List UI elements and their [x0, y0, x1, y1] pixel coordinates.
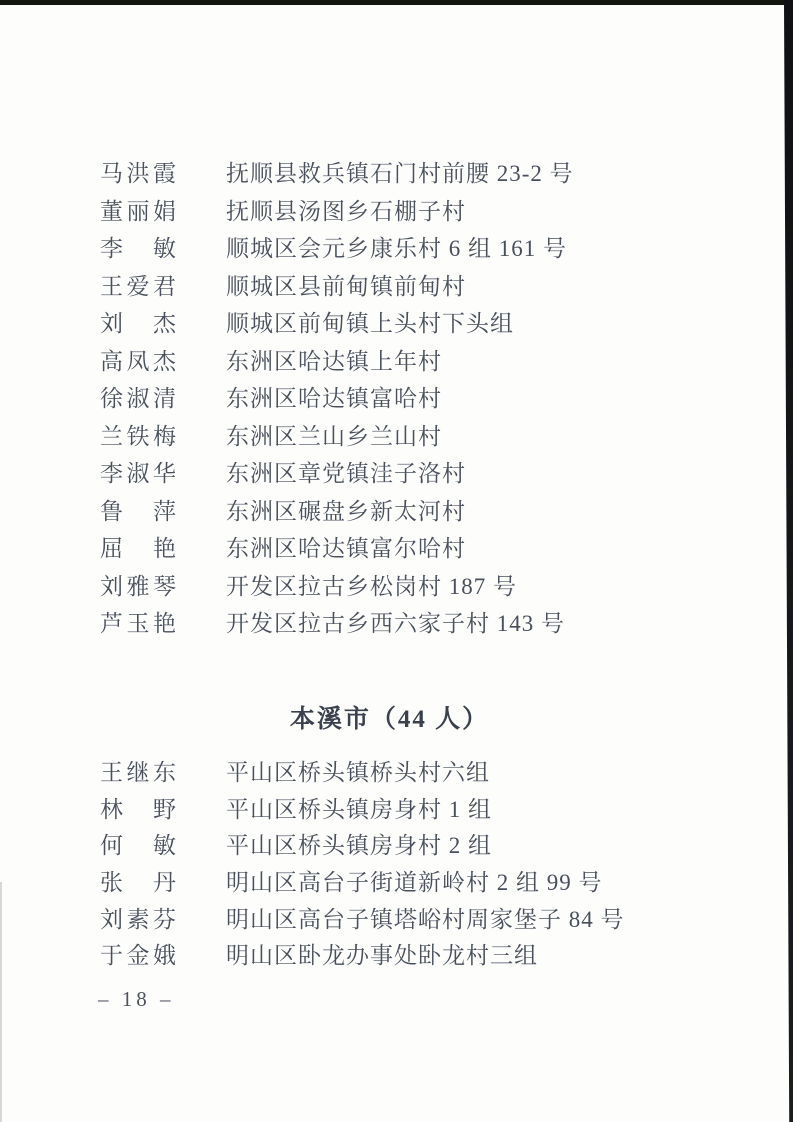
roster-row: 何 敏 平山区桥头镇房身村 2 组	[100, 825, 625, 862]
person-name: 何 敏	[100, 827, 176, 860]
roster-row: 刘雅琴 开发区拉古乡松岗村 187 号	[100, 566, 574, 604]
person-name: 芦玉艳	[100, 605, 176, 638]
person-address: 开发区拉古乡西六家子村 143 号	[226, 605, 565, 638]
person-name: 于金娥	[100, 937, 176, 970]
person-name: 徐淑清	[100, 380, 176, 413]
roster-row: 李淑华 东洲区章党镇洼子洛村	[100, 453, 574, 491]
person-address: 平山区桥头镇房身村 2 组	[226, 827, 492, 860]
person-name: 鲁 萍	[100, 493, 176, 526]
person-name: 刘雅琴	[100, 568, 176, 601]
person-address: 明山区卧龙办事处卧龙村三组	[226, 937, 538, 970]
person-address: 东洲区碾盘乡新太河村	[226, 493, 466, 526]
person-name: 刘 杰	[100, 305, 176, 338]
roster-row: 董丽娟 抚顺县汤图乡石棚子村	[100, 191, 574, 229]
person-address: 明山区高台子镇塔峪村周家堡子 84 号	[226, 901, 625, 934]
roster-row: 王继东 平山区桥头镇桥头村六组	[100, 752, 625, 789]
scan-edge-top	[0, 0, 793, 5]
person-address: 抚顺县汤图乡石棚子村	[226, 193, 466, 226]
roster-row: 张 丹 明山区高台子街道新岭村 2 组 99 号	[100, 862, 625, 899]
person-address: 东洲区哈达镇富尔哈村	[226, 530, 466, 563]
person-name: 王继东	[100, 754, 176, 787]
scan-edge-right	[784, 0, 793, 1122]
person-name: 高凤杰	[100, 343, 176, 376]
roster-row: 马洪霞 抚顺县救兵镇石门村前腰 23-2 号	[100, 153, 574, 191]
roster-row: 林 野 平山区桥头镇房身村 1 组	[100, 789, 625, 826]
person-address: 东洲区章党镇洼子洛村	[226, 455, 466, 488]
roster-row: 徐淑清 东洲区哈达镇富哈村	[100, 378, 574, 416]
person-address: 顺城区前甸镇上头村下头组	[226, 305, 514, 338]
roster-row: 芦玉艳 开发区拉古乡西六家子村 143 号	[100, 603, 574, 641]
roster-row: 于金娥 明山区卧龙办事处卧龙村三组	[100, 935, 625, 972]
roster-row: 李 敏 顺城区会元乡康乐村 6 组 161 号	[100, 228, 574, 266]
roster-row: 刘 杰 顺城区前甸镇上头村下头组	[100, 303, 574, 341]
person-name: 屈 艳	[100, 530, 176, 563]
section-header-benxi: 本溪市（44 人）	[0, 699, 779, 735]
person-name: 刘素芬	[100, 901, 176, 934]
person-name: 张 丹	[100, 864, 176, 897]
roster-row: 刘素芬 明山区高台子镇塔峪村周家堡子 84 号	[100, 899, 625, 936]
roster-row: 鲁 萍 东洲区碾盘乡新太河村	[100, 491, 574, 529]
person-name: 兰铁梅	[100, 418, 176, 451]
person-address: 平山区桥头镇房身村 1 组	[226, 791, 492, 824]
person-name: 董丽娟	[100, 193, 176, 226]
roster-row: 高凤杰 东洲区哈达镇上年村	[100, 341, 574, 379]
person-name: 林 野	[100, 791, 176, 824]
roster-row: 屈 艳 东洲区哈达镇富尔哈村	[100, 528, 574, 566]
person-name: 王爱君	[100, 268, 176, 301]
person-address: 东洲区哈达镇上年村	[226, 343, 442, 376]
roster-group-benxi: 王继东 平山区桥头镇桥头村六组 林 野 平山区桥头镇房身村 1 组 何 敏 平山…	[100, 752, 625, 972]
person-name: 马洪霞	[100, 155, 176, 188]
person-address: 顺城区会元乡康乐村 6 组 161 号	[226, 230, 567, 263]
person-address: 平山区桥头镇桥头村六组	[226, 754, 490, 787]
person-name: 李淑华	[100, 455, 176, 488]
person-name: 李 敏	[100, 230, 176, 263]
person-address: 开发区拉古乡松岗村 187 号	[226, 568, 517, 601]
person-address: 抚顺县救兵镇石门村前腰 23-2 号	[226, 155, 574, 188]
scan-edge-left	[0, 882, 2, 1122]
roster-row: 兰铁梅 东洲区兰山乡兰山村	[100, 416, 574, 454]
person-address: 东洲区兰山乡兰山村	[226, 418, 442, 451]
person-address: 东洲区哈达镇富哈村	[226, 380, 442, 413]
page-number: – 18 –	[98, 987, 175, 1012]
person-address: 顺城区县前甸镇前甸村	[226, 268, 466, 301]
roster-row: 王爱君 顺城区县前甸镇前甸村	[100, 266, 574, 304]
person-address: 明山区高台子街道新岭村 2 组 99 号	[226, 864, 603, 897]
roster-group-fushun: 马洪霞 抚顺县救兵镇石门村前腰 23-2 号 董丽娟 抚顺县汤图乡石棚子村 李 …	[100, 153, 574, 641]
document-page: 马洪霞 抚顺县救兵镇石门村前腰 23-2 号 董丽娟 抚顺县汤图乡石棚子村 李 …	[0, 0, 793, 1122]
